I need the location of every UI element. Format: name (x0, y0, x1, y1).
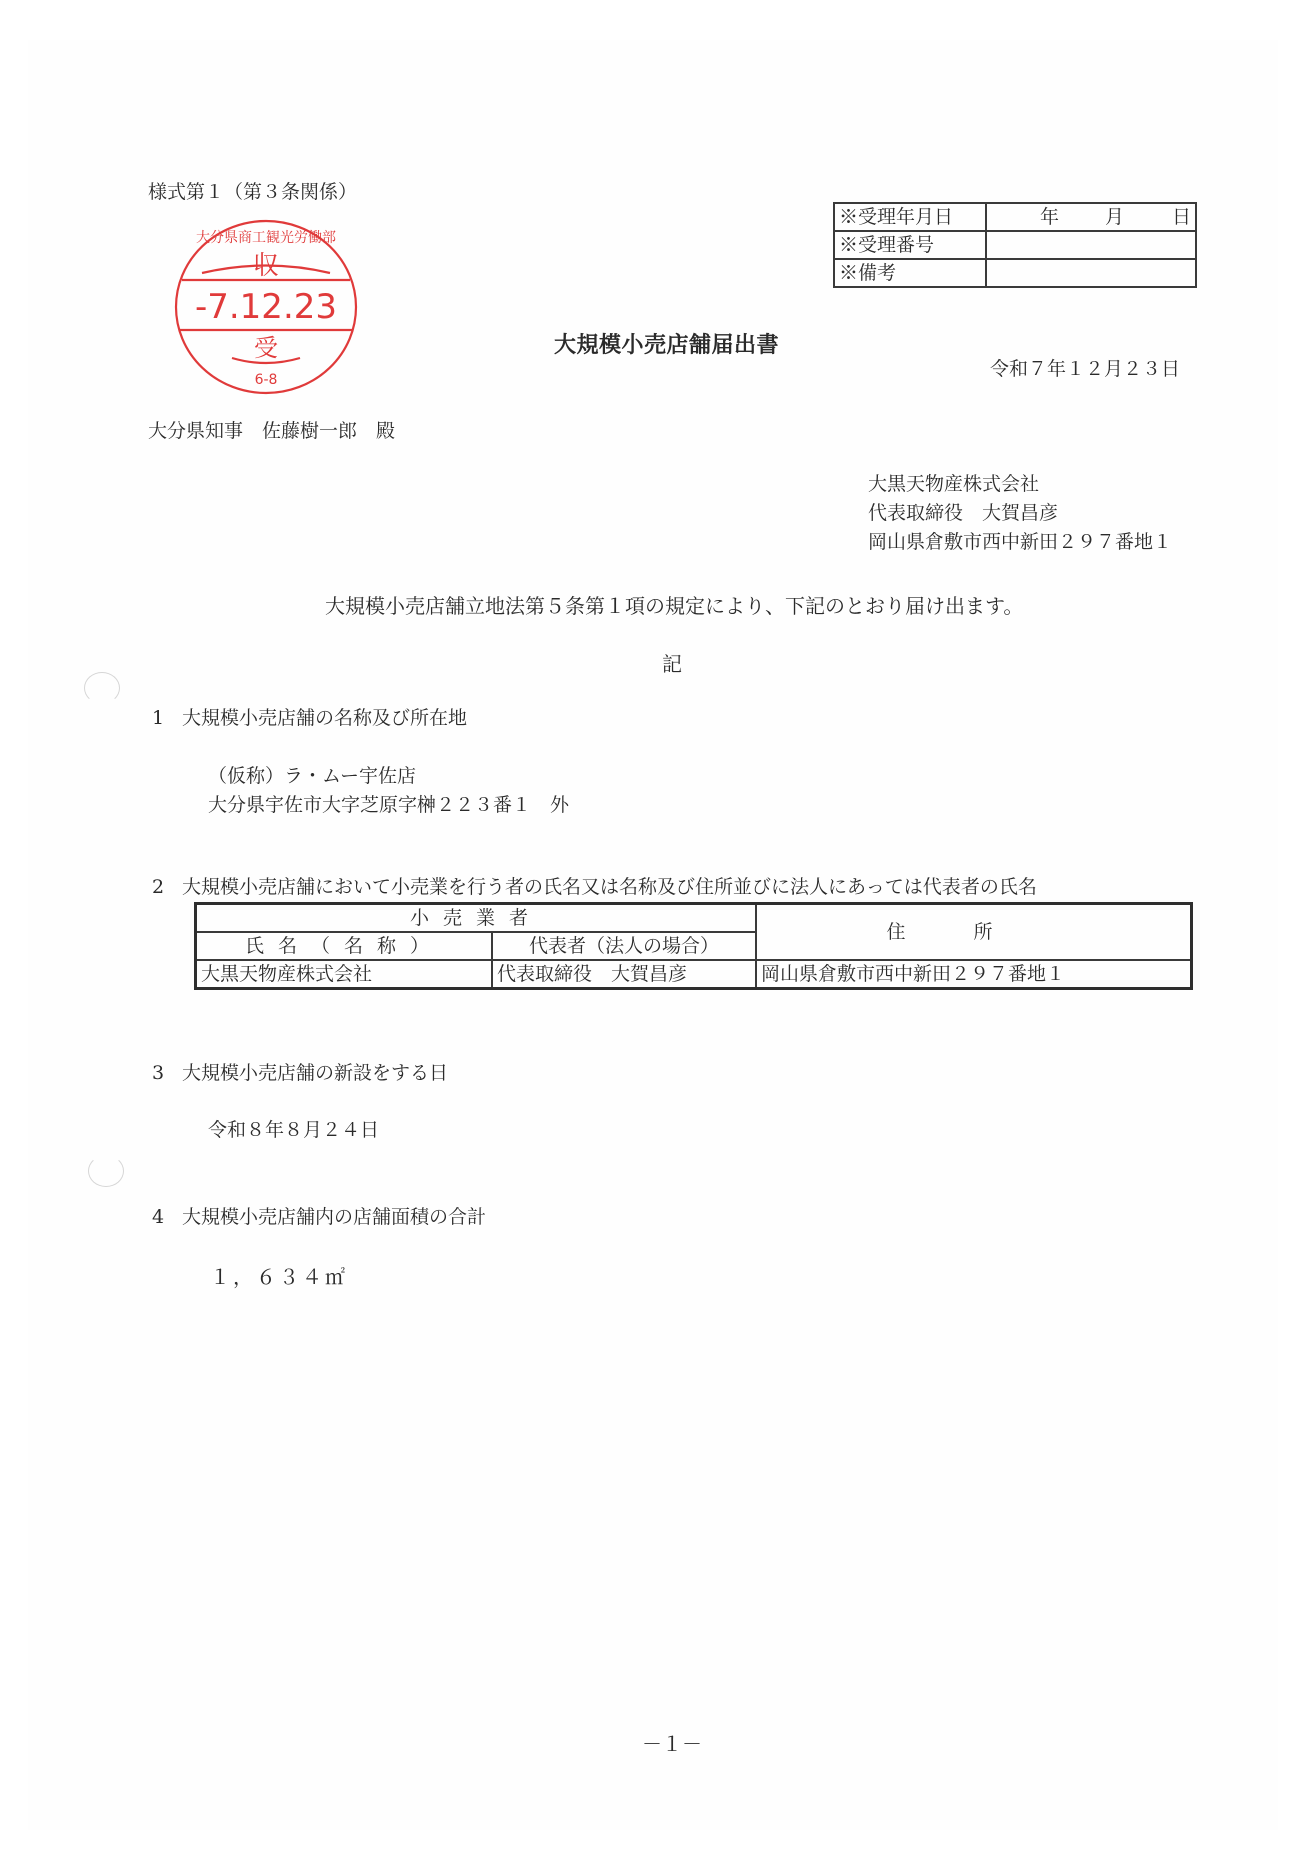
section-3-heading: 3大規模小売店舗の新設をする日 (152, 1061, 448, 1085)
total-floor-area: １，６３４㎡ (210, 1264, 348, 1290)
applicant-address: 岡山県倉敷市西中新田２９７番地１ (868, 528, 1172, 557)
reception-number-value (986, 231, 1196, 259)
reception-row: ※受理年月日 年月日 (834, 203, 1196, 231)
section-number: 4 (152, 1205, 182, 1229)
section-title: 大規模小売店舗の名称及び所在地 (182, 707, 467, 729)
applicant-representative: 代表取締役 大賀昌彦 (868, 499, 1172, 528)
section-title: 大規模小売店舗において小売業を行う者の氏名又は名称及び住所並びに法人にあっては代… (182, 876, 1037, 898)
document-title: 大規模小売店舗届出書 (554, 328, 779, 359)
store-address: 大分県宇佐市大字芝原字榊２２３番１ 外 (208, 791, 569, 820)
section-title: 大規模小売店舗の新設をする日 (182, 1062, 448, 1084)
reception-row: ※備考 (834, 259, 1196, 287)
stamp-center-bottom: 受 (254, 334, 278, 362)
address-column-header: 住所 (756, 904, 1192, 961)
retailer-table: 小売業者 住所 氏名（名称） 代表者（法人の場合） 大黒天物産株式会社 代表取締… (194, 902, 1193, 990)
retailer-group-header: 小売業者 (196, 904, 757, 933)
stamp-bottom: 6-8 (255, 372, 278, 388)
section-number: 1 (152, 706, 182, 730)
stamp-center-top: 収 (253, 251, 279, 281)
year-label: 年 (1040, 204, 1059, 230)
reception-number-label: ※受理番号 (834, 231, 986, 259)
section-number: 2 (152, 875, 182, 899)
remarks-value (986, 259, 1196, 287)
section-1-heading: 1大規模小売店舗の名称及び所在地 (152, 706, 467, 730)
representative-column-header: 代表者（法人の場合） (492, 932, 756, 960)
store-name: （仮称）ラ・ムー宇佐店 (208, 762, 569, 791)
section-2-heading: 2大規模小売店舗において小売業を行う者の氏名又は名称及び住所並びに法人にあっては… (152, 875, 1037, 899)
table-header-row: 小売業者 住所 (196, 904, 1192, 933)
retailer-address-cell: 岡山県倉敷市西中新田２９７番地１ (756, 960, 1192, 989)
stamp-date: -7.12.23 (195, 287, 337, 327)
page-number: －１－ (642, 1728, 702, 1757)
preamble: 大規模小売店舗立地法第５条第１項の規定により、下記のとおり届け出ます。 (325, 590, 1023, 619)
stamp-top-arc: 大分県商工観光労働部 (196, 229, 336, 246)
remarks-label: ※備考 (834, 259, 986, 287)
ki-heading: 記 (662, 648, 682, 677)
month-label: 月 (1105, 204, 1124, 230)
name-column-header: 氏名（名称） (196, 932, 493, 960)
reception-stamp: 大分県商工観光労働部 収 -7.12.23 受 6-8 (172, 218, 360, 396)
form-label: 様式第１（第３条関係） (148, 180, 357, 204)
retailer-name-cell: 大黒天物産株式会社 (196, 960, 493, 989)
filing-date: 令和７年１２月２３日 (990, 357, 1180, 381)
reception-row: ※受理番号 (834, 231, 1196, 259)
punch-hole-mark (84, 672, 120, 704)
reception-date-label: ※受理年月日 (834, 203, 986, 231)
section-1-body: （仮称）ラ・ムー宇佐店 大分県宇佐市大字芝原字榊２２３番１ 外 (208, 762, 569, 820)
section-4-heading: 4大規模小売店舗内の店舗面積の合計 (152, 1205, 486, 1229)
retailer-representative-cell: 代表取締役 大賀昌彦 (492, 960, 756, 989)
section-number: 3 (152, 1061, 182, 1085)
reception-box: ※受理年月日 年月日 ※受理番号 ※備考 (833, 202, 1197, 288)
punch-hole-mark (88, 1155, 124, 1187)
section-title: 大規模小売店舗内の店舗面積の合計 (182, 1206, 486, 1228)
table-row: 大黒天物産株式会社 代表取締役 大賀昌彦 岡山県倉敷市西中新田２９７番地１ (196, 960, 1192, 989)
addressee: 大分県知事 佐藤樹一郎 殿 (148, 419, 395, 443)
reception-date-value: 年月日 (986, 203, 1196, 231)
applicant-company: 大黒天物産株式会社 (868, 470, 1172, 499)
applicant-block: 大黒天物産株式会社 代表取締役 大賀昌彦 岡山県倉敷市西中新田２９７番地１ (868, 470, 1172, 557)
opening-date: 令和８年８月２４日 (208, 1118, 379, 1142)
day-label: 日 (1172, 204, 1191, 230)
